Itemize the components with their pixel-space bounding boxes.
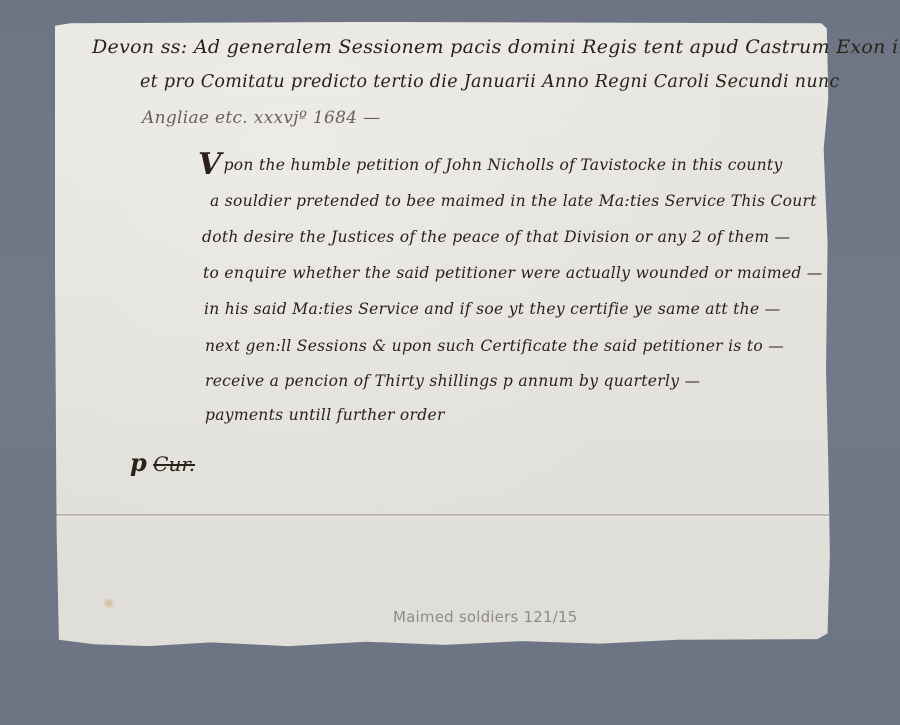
order-line-1-text: pon the humble petition of John Nicholls… [224, 156, 783, 174]
order-line-3: doth desire the Justices of the peace of… [202, 228, 790, 246]
order-line-5: in his said Ma:ties Service and if soe y… [204, 300, 780, 318]
heading-line-2: et pro Comitatu predicto tertio die Janu… [140, 72, 840, 92]
order-line-8: payments untill further order [205, 406, 445, 424]
per-mark: p [130, 448, 147, 477]
curiam-abbrev: Cur. [153, 452, 195, 476]
archive-reference-note: Maimed soldiers 121/15 [393, 608, 577, 626]
heading-line-3: Angliae etc. xxxvjº 1684 — [142, 108, 380, 128]
order-line-2: a souldier pretended to bee maimed in th… [210, 192, 817, 210]
signoff: p Cur. [130, 448, 195, 477]
order-line-4: to enquire whether the said petitioner w… [203, 264, 823, 282]
foxing-stain [105, 599, 113, 607]
order-line-1: Vpon the humble petition of John Nicholl… [198, 150, 783, 180]
order-line-7: receive a pencion of Thirty shillings p … [205, 372, 700, 390]
fold-line [55, 514, 833, 516]
order-line-6: next gen:ll Sessions & upon such Certifi… [205, 337, 784, 355]
heading-line-1: Devon ss: Ad generalem Sessionem pacis d… [92, 36, 900, 58]
drop-initial: V [198, 147, 222, 182]
